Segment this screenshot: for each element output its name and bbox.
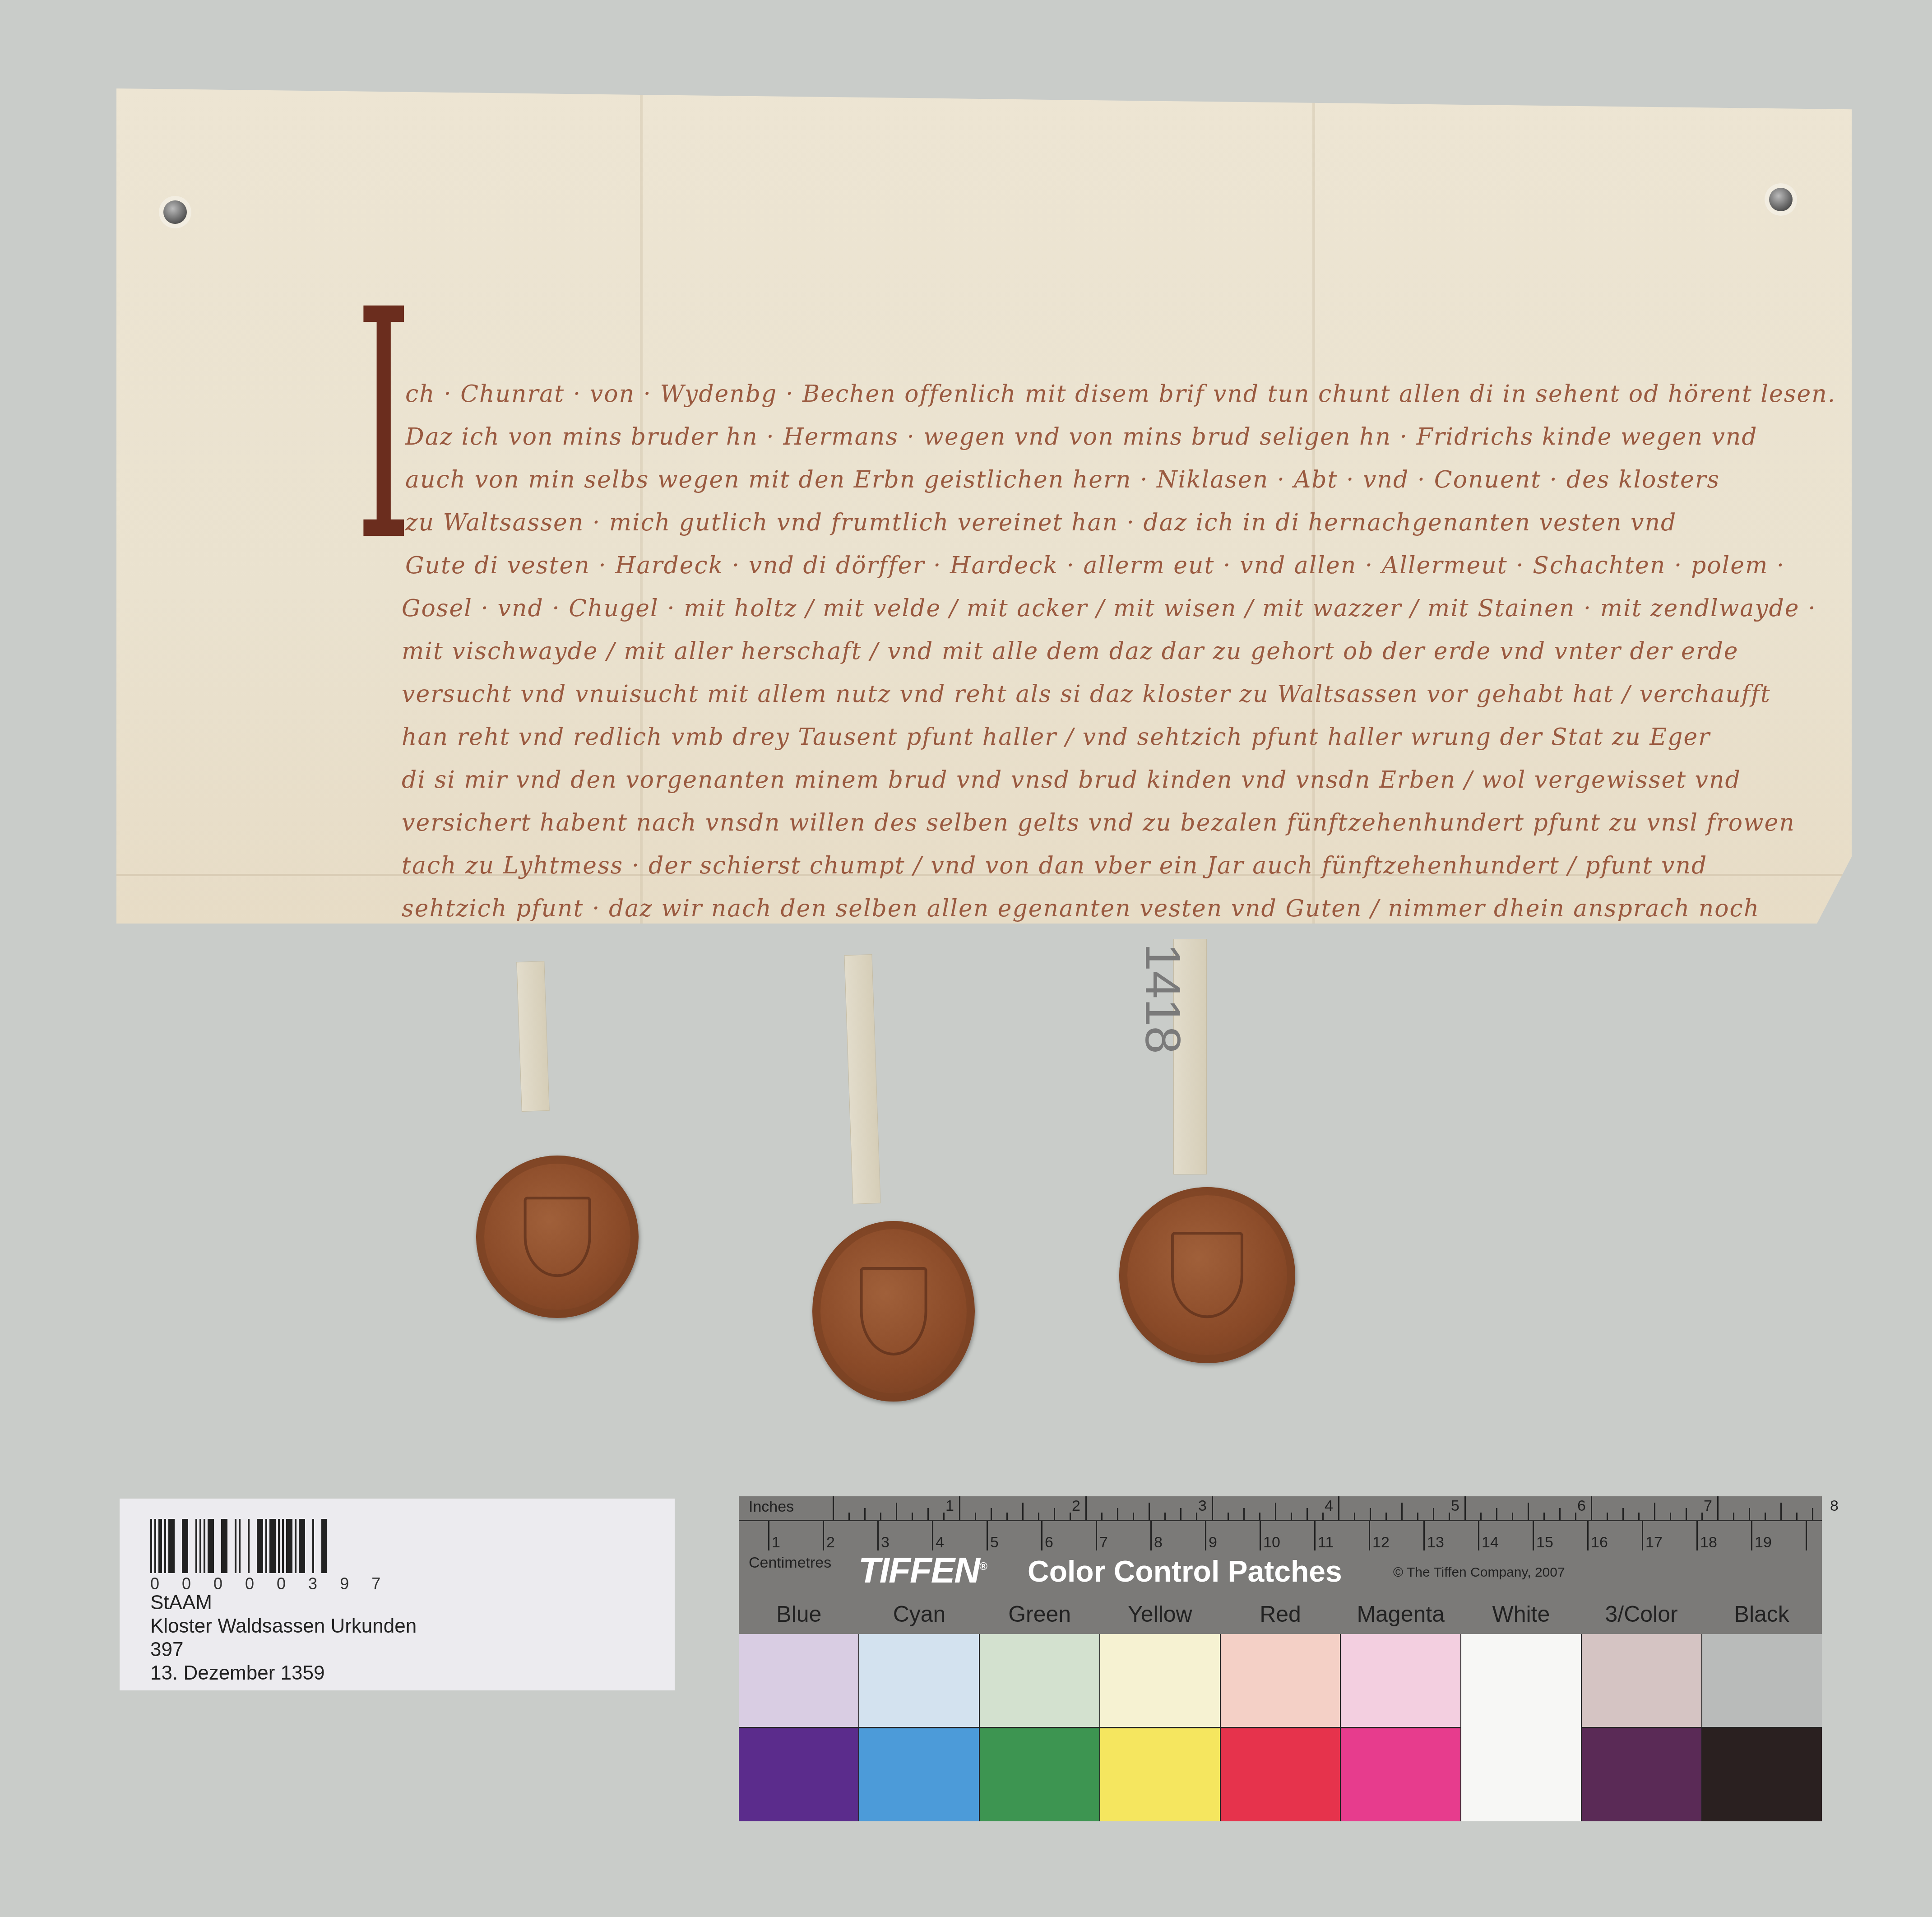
ruler-tick [991,1508,992,1520]
color-control-card: Inches 12345678 123456789101112131415161… [739,1496,1822,1821]
charter-line: an disen brif gehangen di Erbn vesten Ri… [402,1102,1922,1145]
patch-label: Magenta [1340,1601,1461,1627]
charter-line: zu Waltsassen · mich gutlich vnd frumtli… [405,501,1922,544]
ruler-tick [1041,1521,1042,1550]
ruler-tick [1543,1513,1545,1520]
ruler-tick [1307,1508,1308,1520]
charter-line: Gute di vesten · Hardeck · vnd di dörffe… [405,544,1922,587]
patch-label: 3/Color [1581,1601,1702,1627]
cm-number: 13 [1427,1534,1444,1551]
ruler-tick [1369,1521,1370,1550]
ruler-tick [1243,1508,1245,1520]
patch-dark [1702,1727,1822,1821]
patch-dark [1582,1727,1701,1821]
ruler-tick [943,1513,945,1520]
ruler-tick [1496,1508,1497,1520]
ruler-tick [912,1513,913,1520]
inch-ruler: Inches 12345678 [739,1496,1822,1521]
coat-of-arms-icon [1171,1232,1243,1318]
charter-line: versucht vnd vnuisucht mit allem nutz vn… [402,673,1922,716]
ruler-tick [1751,1521,1752,1550]
copyright-text: © The Tiffen Company, 2007 [1393,1565,1565,1580]
patch-label: Red [1220,1601,1341,1627]
ruler-tick [896,1503,897,1520]
ruler-tick [1054,1508,1055,1520]
cm-number: 17 [1645,1534,1663,1551]
tiffen-logo: TIFFEN® [858,1550,987,1591]
barcode-icon [150,1519,329,1573]
inch-number: 7 [1704,1497,1712,1515]
patch-label: Cyan [859,1601,980,1627]
ruler-tick [1354,1513,1355,1520]
cm-number: 4 [936,1534,944,1551]
patch-labels: BlueCyanGreenYellowRedMagentaWhite3/Colo… [739,1601,1822,1627]
archive-name: StAAM [150,1591,417,1615]
patch-dark [1341,1727,1460,1821]
charter-line: Daz ich von mins bruder hn · Hermans · w… [405,416,1922,459]
centimetres-label: Centimetres [749,1554,831,1572]
patch-label: White [1461,1601,1581,1627]
ruler-tick [1480,1513,1482,1520]
ruler-tick [1070,1513,1071,1520]
charter-line: tach zu Lyhtmess · der schierst chumpt /… [402,845,1922,887]
ruler-tick [1559,1508,1561,1520]
charter-line: di si mir vnd den vorgenanten minem brud… [402,759,1922,802]
ruler-tick [932,1521,933,1550]
color-patch-3-color [1581,1634,1701,1821]
ruler-tick [1749,1508,1750,1520]
ruler-tick [1196,1513,1197,1520]
ruler-tick [1423,1521,1425,1550]
cm-number: 18 [1700,1534,1717,1551]
ruler-tick [823,1521,824,1550]
color-patch-yellow [1099,1634,1220,1821]
coat-of-arms-icon [524,1197,591,1277]
ruler-tick [1642,1521,1643,1550]
patch-dark [1100,1727,1220,1821]
patch-label: Black [1701,1601,1822,1627]
archive-label: 0 0 0 0 0 3 9 7 StAAM Kloster Waldsassen… [120,1499,675,1690]
charter-line: Gosel · vnd · Chugel · mit holtz / mit v… [402,587,1922,630]
ruler-tick [1812,1508,1813,1520]
mounting-pin-icon [1769,188,1793,211]
patch-light [980,1634,1099,1727]
seal-strap-left [516,961,550,1112]
ruler-tick [1464,1496,1466,1520]
ruler-tick [1806,1521,1807,1550]
patch-label: Yellow [1100,1601,1220,1627]
ruler-tick [1449,1513,1450,1520]
patch-light [1221,1634,1340,1727]
mounting-pin-icon [163,200,187,224]
coat-of-arms-icon [860,1267,927,1355]
pencil-annotation: 1418 [1134,943,1191,1054]
ruler-tick [864,1508,866,1520]
patch-light [1582,1634,1701,1727]
ruler-tick [1260,1521,1261,1550]
wax-seal-left [476,1156,639,1318]
ruler-tick [1259,1513,1260,1520]
ruler-tick [1780,1503,1782,1520]
ruler-tick [1696,1521,1698,1550]
wax-seal-center [812,1221,975,1402]
patch-label: Blue [739,1601,859,1627]
ruler-tick [1701,1513,1703,1520]
document-number: 397 [150,1638,417,1662]
patch-dark [739,1727,858,1821]
ruler-tick [1096,1521,1097,1550]
ruler-tick [1512,1513,1513,1520]
ruler-tick [1528,1503,1529,1520]
cm-number: 16 [1591,1534,1608,1551]
ruler-tick [1275,1503,1276,1520]
color-patch-red [1220,1634,1340,1821]
cm-number: 19 [1755,1534,1772,1551]
inch-number: 4 [1325,1497,1333,1515]
ruler-tick [1686,1508,1687,1520]
ruler-tick [1385,1513,1387,1520]
ruler-tick [1150,1521,1152,1550]
document-date: 13. Dezember 1359 [150,1662,417,1685]
ruler-tick [1038,1513,1039,1520]
cm-number: 12 [1372,1534,1390,1551]
ruler-tick [1133,1513,1134,1520]
inch-number: 1 [945,1497,954,1515]
patch-label: Green [979,1601,1100,1627]
patch-dark [1221,1727,1340,1821]
inch-number: 3 [1198,1497,1207,1515]
ruler-tick [1670,1513,1671,1520]
ruler-tick [1085,1496,1087,1520]
inch-number: 8 [1830,1497,1839,1515]
barcode-number: 0 0 0 0 0 3 9 7 [150,1574,389,1593]
color-patch-green [979,1634,1099,1821]
cm-number: 15 [1536,1534,1553,1551]
inches-label: Inches [749,1498,794,1516]
centimetre-ruler: 12345678910111213141516171819 [739,1521,1822,1553]
color-patch-blue [739,1634,858,1821]
inch-number: 6 [1577,1497,1586,1515]
ruler-tick [1314,1521,1316,1550]
ruler-tick [1117,1508,1118,1520]
cm-number: 5 [990,1534,999,1551]
ruler-tick [1338,1496,1339,1520]
ruler-tick [1533,1521,1534,1550]
inch-number: 5 [1451,1497,1459,1515]
ruler-tick [833,1496,834,1520]
cm-number: 6 [1045,1534,1053,1551]
decorated-initial: I [356,224,380,630]
charter-line: gelt mit minem Insigel · vnd des sint ge… [402,1059,1922,1102]
ruler-tick [1322,1513,1324,1520]
ruler-tick [1370,1508,1371,1520]
ruler-tick [1164,1513,1166,1520]
cm-number: 7 [1099,1534,1108,1551]
cm-number: 8 [1154,1534,1163,1551]
color-patch-white [1460,1634,1581,1821]
patch-light [1100,1634,1220,1727]
cm-number: 14 [1482,1534,1499,1551]
charter-line: versichert habent nach vnsdn willen des … [402,802,1922,845]
cm-number: 9 [1209,1534,1217,1551]
ruler-tick [1796,1513,1798,1520]
ruler-tick [1205,1521,1206,1550]
patch-light [1341,1634,1460,1727]
ruler-tick [848,1513,850,1520]
charter-parchment: I ch · Chunrat · von · Wydenbg · Bechen … [116,88,1852,924]
ruler-tick [1638,1513,1640,1520]
ruler-tick [1212,1496,1213,1520]
ruler-tick [1022,1503,1024,1520]
ruler-tick [1654,1503,1655,1520]
cm-number: 1 [772,1534,780,1551]
ruler-tick [1733,1513,1734,1520]
cm-number: 3 [881,1534,890,1551]
ruler-tick [1228,1513,1229,1520]
patch-light [1702,1634,1822,1727]
collection-name: Kloster Waldsassen Urkunden [150,1615,417,1638]
patch-light [1461,1634,1581,1728]
patch-dark [1461,1728,1581,1822]
ruler-tick [1401,1503,1403,1520]
cm-number: 2 [826,1534,835,1551]
charter-text: ch · Chunrat · von · Wydenbg · Bechen of… [405,373,1922,1230]
cm-number: 10 [1263,1534,1280,1551]
charter-line: mit vischwayde / mit aller herschaft / v… [402,630,1922,673]
ruler-tick [975,1513,976,1520]
wax-seal-right [1119,1187,1295,1363]
ruler-tick [1417,1513,1418,1520]
ruler-tick [987,1521,988,1550]
ruler-tick [1433,1508,1434,1520]
patch-dark [859,1727,979,1821]
charter-line: Groz · daz geschach do man zalt von Cris… [402,1145,1922,1188]
color-patch-magenta [1340,1634,1460,1821]
color-patches [739,1634,1822,1821]
card-title: Color Control Patches [1028,1554,1342,1588]
patch-light [739,1634,858,1727]
ruler-tick [1006,1513,1008,1520]
ruler-tick [927,1508,929,1520]
inch-number: 2 [1072,1497,1080,1515]
color-patch-cyan [858,1634,979,1821]
ruler-tick [1717,1496,1719,1520]
ruler-tick [880,1513,881,1520]
patch-dark [980,1727,1099,1821]
ruler-tick [1478,1521,1479,1550]
seal-strap-center [844,954,880,1204]
cm-number: 11 [1318,1534,1334,1551]
ruler-tick [1149,1503,1150,1520]
charter-line: auch von min selbs wegen mit den Erbn ge… [405,459,1922,501]
color-patch-black [1701,1634,1822,1821]
patch-light [859,1634,979,1727]
ruler-tick [1575,1513,1576,1520]
ruler-tick [959,1496,960,1520]
ruler-tick [1291,1513,1292,1520]
ruler-tick [1607,1513,1608,1520]
charter-line: han reht vnd redlich vmb drey Tausent pf… [402,716,1922,759]
ruler-tick [1622,1508,1624,1520]
ruler-tick [1101,1513,1103,1520]
ruler-tick [877,1521,879,1550]
ruler-tick [1765,1513,1766,1520]
ruler-tick [768,1521,769,1550]
ruler-tick [1180,1508,1181,1520]
charter-line: sehtzich pfunt · daz wir nach den selben… [402,887,1922,930]
ruler-tick [1587,1521,1589,1550]
charter-line: ch · Chunrat · von · Wydenbg · Bechen of… [405,373,1922,416]
ruler-tick [1591,1496,1592,1520]
